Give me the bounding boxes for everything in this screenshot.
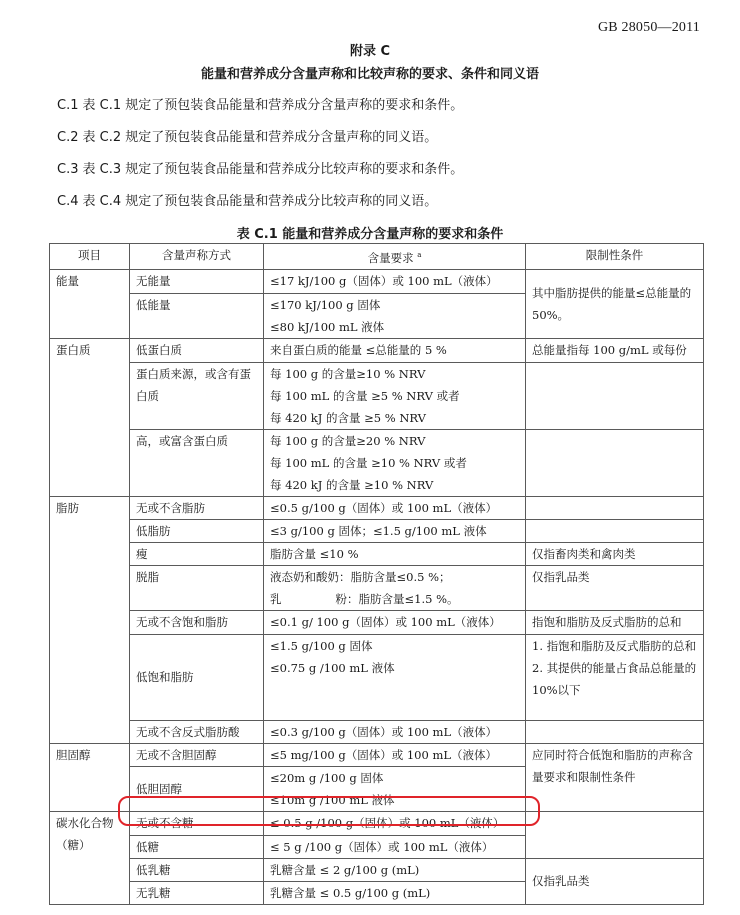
clause-c4: C.4表 C.4 规定了预包装食品能量和营养成分比较声称的同义语。 [57,190,437,209]
claim-cell: 低蛋白质 [130,338,264,362]
item-line: 碳水化合物 [56,812,123,834]
requirement-cell: ≤20m g /100 g 固体 ≤10m g /100 mL 液体 [264,766,526,811]
requirement-cell: ≤170 kJ/100 g 固体 ≤80 kJ/100 mL 液体 [264,293,526,338]
clause-number: C.2 [57,130,78,145]
requirement-cell: 乳糖含量 ≤ 2 g/100 g (mL) [264,858,526,881]
requirement-line: 每 100 g 的含量≥10 % NRV [270,363,519,385]
claim-cell: 低乳糖 [130,858,264,881]
requirement-cell: 脂肪含量 ≤10 % [264,542,526,565]
table-row: 碳水化合物 （糖） 无或不含糖 ≤ 0.5 g /100 g（固体）或 100 … [50,811,704,835]
table-row: 无或不含反式脂肪酸 ≤0.3 g/100 g（固体）或 100 mL（液体） [50,720,704,743]
requirement-line: ≤170 kJ/100 g 固体 [270,294,519,316]
requirement-line: 每 420 kJ 的含量 ≥10 % NRV [270,474,519,496]
condition-cell: 仅指乳品类 [526,565,704,610]
clause-text: 表 C.1 规定了预包装食品能量和营养成分含量声称的要求和条件。 [82,98,463,113]
requirement-line: ≤80 kJ/100 mL 液体 [270,316,519,338]
claim-cell: 低脂肪 [130,519,264,542]
requirement-cell: ≤0.3 g/100 g（固体）或 100 mL（液体） [264,720,526,743]
condition-cell: 仅指畜肉类和禽肉类 [526,542,704,565]
requirement-cell: ≤ 5 g /100 g（固体）或 100 mL（液体） [264,835,526,858]
requirement-line: 每 100 g 的含量≥20 % NRV [270,430,519,452]
condition-cell: 仅指乳品类 [526,858,704,904]
requirement-cell: ≤0.5 g/100 g（固体）或 100 mL（液体） [264,496,526,519]
requirement-cell-highlighted: ≤ 0.5 g /100 g（固体）或 100 mL（液体） [264,811,526,835]
requirement-line: ≤0.75 g /100 mL 液体 [270,657,519,679]
requirement-cell: 液态奶和酸奶：脂肪含量≤0.5 %； 乳粉：脂肪含量≤1.5 %。 [264,565,526,610]
claim-cell: 低胆固醇 [130,766,264,811]
condition-cell [526,362,704,429]
condition-cell [526,519,704,542]
table-row: 蛋白质来源，或含有蛋白质 每 100 g 的含量≥10 % NRV 每 100 … [50,362,704,429]
requirement-line: ≤17 kJ/100 g（固体）或 100 mL（液体） [270,270,519,292]
claim-cell: 无或不含反式脂肪酸 [130,720,264,743]
condition-line: 1. 指饱和脂肪及反式脂肪的总和 [532,635,697,657]
item-cell-fat: 脂肪 [50,496,130,743]
condition-cell [526,429,704,496]
table-row: 高，或富含蛋白质 每 100 g 的含量≥20 % NRV 每 100 mL 的… [50,429,704,496]
claim-cell: 高，或富含蛋白质 [130,429,264,496]
item-cell-protein: 蛋白质 [50,338,130,496]
item-cell-energy: 能量 [50,269,130,338]
requirement-cell: 每 100 g 的含量≥20 % NRV 每 100 mL 的含量 ≥10 % … [264,429,526,496]
item-cell-cholesterol: 胆固醇 [50,743,130,811]
footnote-marker: a [417,251,421,259]
condition-line: 2. 其提供的能量占食品总能量的 10%以下 [532,657,697,701]
requirement-line: 每 420 kJ 的含量 ≥5 % NRV [270,407,519,429]
clause-number: C.4 [57,194,78,209]
table-header-row: 项目 含量声称方式 含量要求 a 限制性条件 [50,244,704,270]
clause-text: 表 C.3 规定了预包装食品能量和营养成分比较声称的要求和条件。 [82,162,463,177]
requirement-line: 乳粉：脂肪含量≤1.5 %。 [270,588,519,610]
condition-cell [526,496,704,519]
table-row: 能量 无能量 ≤17 kJ/100 g（固体）或 100 mL（液体） 其中脂肪… [50,269,704,293]
header-requirement-label: 含量要求 [368,251,414,265]
clause-number: C.3 [57,162,78,177]
requirement-cell: ≤5 mg/100 g（固体）或 100 mL（液体） [264,743,526,766]
claim-cell: 瘦 [130,542,264,565]
requirement-cell: ≤3 g/100 g 固体；≤1.5 g/100 mL 液体 [264,519,526,542]
claim-cell: 无乳糖 [130,881,264,904]
table-row: 脱脂 液态奶和酸奶：脂肪含量≤0.5 %； 乳粉：脂肪含量≤1.5 %。 仅指乳… [50,565,704,610]
condition-cell: 其中脂肪提供的能量≤总能量的 50%。 [526,269,704,338]
requirement-line: ≤20m g /100 g 固体 [270,767,519,789]
requirement-line: ≤10m g /100 mL 液体 [270,789,519,811]
claim-cell: 无或不含饱和脂肪 [130,610,264,634]
requirement-cell: ≤1.5 g/100 g 固体 ≤0.75 g /100 mL 液体 [264,634,526,720]
table-row: 胆固醇 无或不含胆固醇 ≤5 mg/100 g（固体）或 100 mL（液体） … [50,743,704,766]
table-row: 低脂肪 ≤3 g/100 g 固体；≤1.5 g/100 mL 液体 [50,519,704,542]
condition-cell: 1. 指饱和脂肪及反式脂肪的总和 2. 其提供的能量占食品总能量的 10%以下 [526,634,704,720]
appendix-subtitle: 能量和营养成分含量声称和比较声称的要求、条件和同义语 [0,63,740,82]
claim-cell: 无或不含脂肪 [130,496,264,519]
clause-c2: C.2表 C.2 规定了预包装食品能量和营养成分含量声称的同义语。 [57,126,437,145]
claim-cell: 无或不含胆固醇 [130,743,264,766]
requirement-cell: ≤0.1 g/ 100 g（固体）或 100 mL（液体） [264,610,526,634]
header-claim-method: 含量声称方式 [130,244,264,270]
header-requirement: 含量要求 a [264,244,526,270]
dairy-value: 粉：脂肪含量≤1.5 %。 [336,592,459,606]
table-row: 低饱和脂肪 ≤1.5 g/100 g 固体 ≤0.75 g /100 mL 液体… [50,634,704,720]
claim-cell: 脱脂 [130,565,264,610]
item-line: （糖） [56,834,123,856]
claim-cell-highlighted: 无或不含糖 [130,811,264,835]
standard-code: GB 28050—2011 [598,20,700,36]
condition-cell: 指饱和脂肪及反式脂肪的总和 [526,610,704,634]
clause-text: 表 C.4 规定了预包装食品能量和营养成分比较声称的同义语。 [82,194,437,209]
condition-cell: 总能量指每 100 g/mL 或每份 [526,338,704,362]
condition-cell: 应同时符合低饱和脂肪的声称含量要求和限制性条件 [526,743,704,811]
condition-cell [526,720,704,743]
clause-text: 表 C.2 规定了预包装食品能量和营养成分含量声称的同义语。 [82,130,437,145]
clause-c3: C.3表 C.3 规定了预包装食品能量和营养成分比较声称的要求和条件。 [57,158,463,177]
table-row: 无或不含饱和脂肪 ≤0.1 g/ 100 g（固体）或 100 mL（液体） 指… [50,610,704,634]
header-item: 项目 [50,244,130,270]
table-row: 蛋白质 低蛋白质 来自蛋白质的能量 ≤总能量的 5 % 总能量指每 100 g/… [50,338,704,362]
table-row: 瘦 脂肪含量 ≤10 % 仅指畜肉类和禽肉类 [50,542,704,565]
claim-cell: 低饱和脂肪 [130,634,264,720]
requirement-line: ≤1.5 g/100 g 固体 [270,635,519,657]
requirement-line: 来自蛋白质的能量 ≤总能量的 5 % [270,339,519,361]
requirement-line: 每 100 mL 的含量 ≥10 % NRV 或者 [270,452,519,474]
claim-cell: 低能量 [130,293,264,338]
table-row: 低乳糖 乳糖含量 ≤ 2 g/100 g (mL) 仅指乳品类 [50,858,704,881]
condition-cell [526,811,704,858]
requirement-cell: ≤17 kJ/100 g（固体）或 100 mL（液体） [264,269,526,293]
clause-c1: C.1表 C.1 规定了预包装食品能量和营养成分含量声称的要求和条件。 [57,94,463,113]
requirement-cell: 每 100 g 的含量≥10 % NRV 每 100 mL 的含量 ≥5 % N… [264,362,526,429]
claim-cell: 无能量 [130,269,264,293]
table-caption: 表 C.1 能量和营养成分含量声称的要求和条件 [0,223,740,242]
requirement-cell: 乳糖含量 ≤ 0.5 g/100 g (mL) [264,881,526,904]
header-condition: 限制性条件 [526,244,704,270]
item-cell-carbohydrate: 碳水化合物 （糖） [50,811,130,904]
clause-number: C.1 [57,98,78,113]
requirement-cell: 来自蛋白质的能量 ≤总能量的 5 % [264,338,526,362]
claims-table: 项目 含量声称方式 含量要求 a 限制性条件 能量 无能量 ≤17 kJ/100… [49,243,704,905]
table-row: 脂肪 无或不含脂肪 ≤0.5 g/100 g（固体）或 100 mL（液体） [50,496,704,519]
requirement-line: 液态奶和酸奶：脂肪含量≤0.5 %； [270,566,519,588]
claim-cell: 低糖 [130,835,264,858]
appendix-title: 附录 C [0,40,740,59]
requirement-line: 每 100 mL 的含量 ≥5 % NRV 或者 [270,385,519,407]
claim-cell: 蛋白质来源，或含有蛋白质 [130,362,264,429]
dairy-label: 乳 [270,592,282,606]
